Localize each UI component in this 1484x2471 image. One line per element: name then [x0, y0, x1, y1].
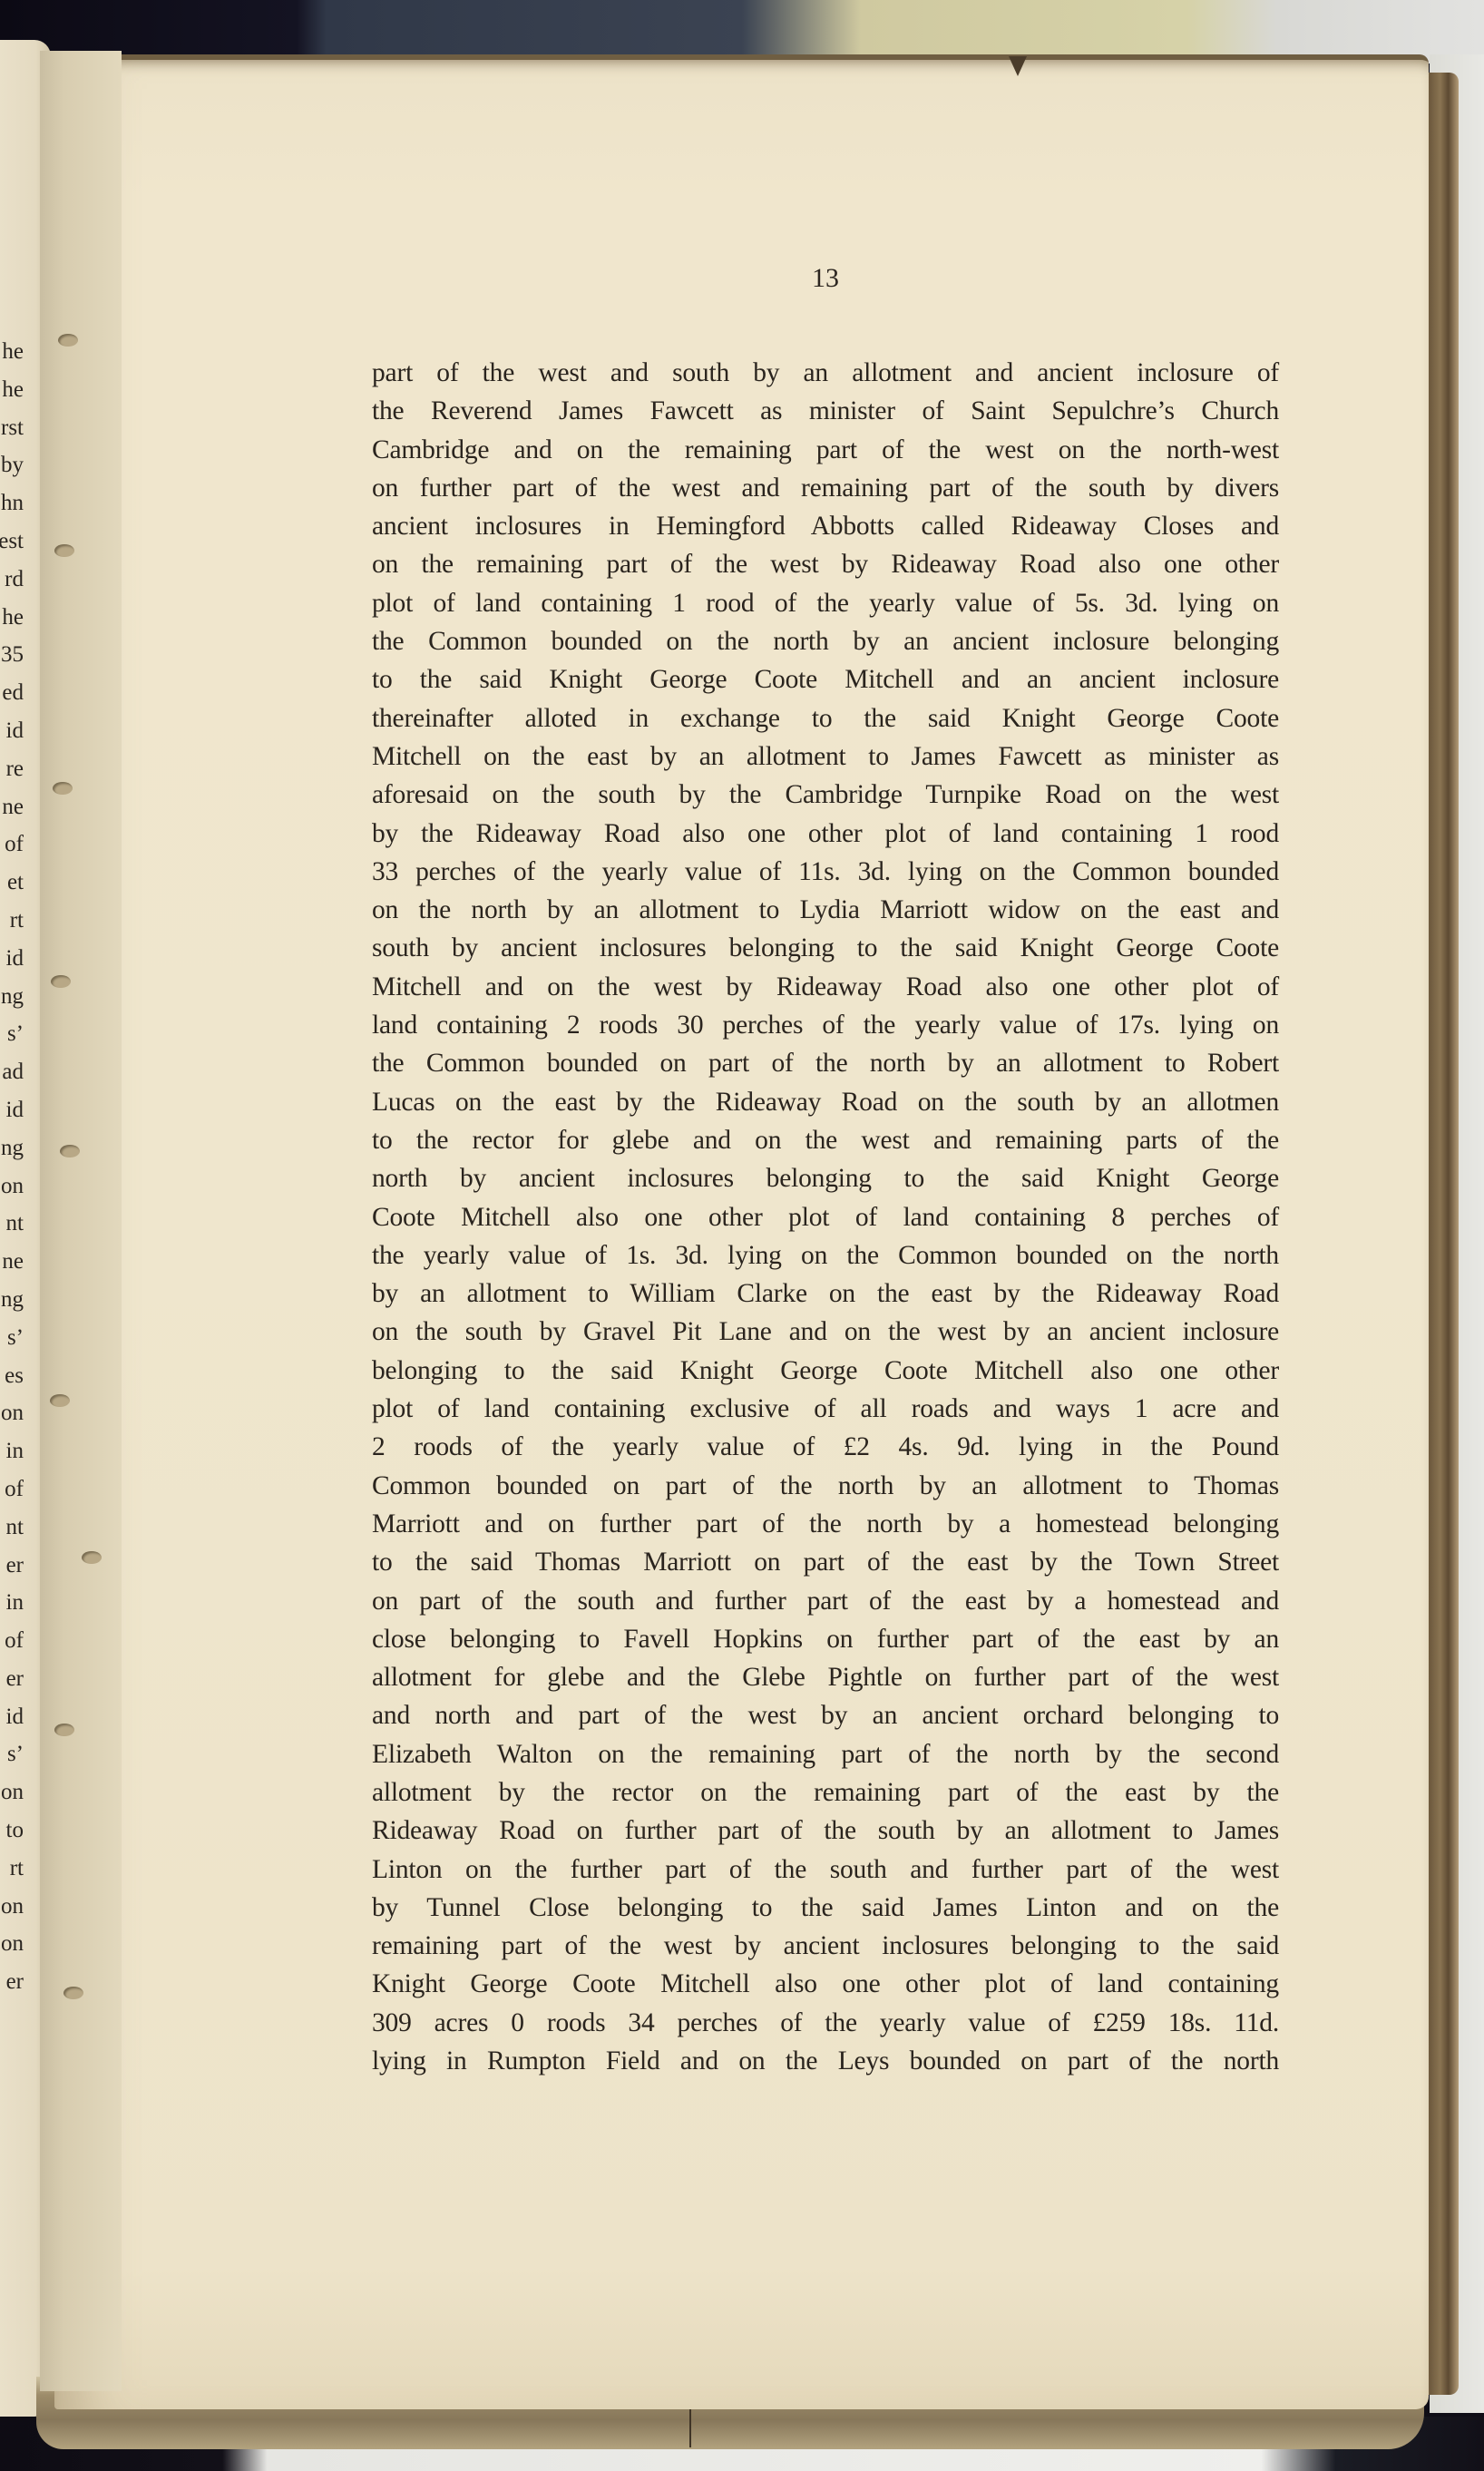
fragment: ’s	[0, 1319, 24, 1357]
text-line: plot of land containing 1 rood of the ye…	[372, 584, 1279, 622]
fragment: ng	[0, 978, 24, 1016]
text-line: Marriott and on further part of the nort…	[372, 1505, 1279, 1543]
fragment: by	[0, 446, 24, 484]
fragment: in	[0, 1432, 24, 1470]
fragment: ne	[0, 1243, 24, 1281]
text-line: Common bounded on part of the north by a…	[372, 1467, 1279, 1505]
fragment: er	[0, 1547, 24, 1585]
page-body-text: part of the west and south by an allotme…	[372, 354, 1279, 2080]
fragment: ’s	[0, 1735, 24, 1773]
text-line: to the said Knight George Coote Mitchell…	[372, 660, 1279, 698]
fragment: 35	[0, 636, 24, 674]
fragment: on	[0, 1925, 24, 1963]
text-line: part of the west and south by an allotme…	[372, 354, 1279, 392]
text-line: the Reverend James Fawcett as minister o…	[372, 392, 1279, 430]
fragment: hn	[0, 484, 24, 523]
text-line: lying in Rumpton Field and on the Leys b…	[372, 2042, 1279, 2080]
fragment: ng	[0, 1129, 24, 1167]
fragment: id	[0, 1698, 24, 1736]
fragment: to	[0, 1812, 24, 1850]
text-line: Cambridge and on the remaining part of t…	[372, 431, 1279, 469]
fragment: on	[0, 1394, 24, 1432]
fragment: er	[0, 1963, 24, 2001]
fragment: he	[0, 371, 24, 409]
text-line: allotment by the rector on the remaining…	[372, 1773, 1279, 1812]
fragment: of	[0, 1622, 24, 1660]
text-line: on the remaining part of the west by Rid…	[372, 545, 1279, 583]
fragment: ’s	[0, 1015, 24, 1053]
text-line: Elizabeth Walton on the remaining part o…	[372, 1735, 1279, 1773]
text-line: plot of land containing exclusive of all…	[372, 1390, 1279, 1428]
text-line: and north and part of the west by an anc…	[372, 1696, 1279, 1734]
text-line: thereinafter alloted in exchange to the …	[372, 699, 1279, 737]
page-gutter-shadow	[40, 51, 122, 2391]
text-line: belonging to the said Knight George Coot…	[372, 1352, 1279, 1390]
text-line: by an allotment to William Clarke on the…	[372, 1275, 1279, 1313]
binding-pin-mark	[60, 1145, 80, 1157]
fragment: id	[0, 940, 24, 978]
binding-pin-mark	[54, 1724, 74, 1736]
fragment: ne	[0, 788, 24, 826]
text-line: Coote Mitchell also one other plot of la…	[372, 1198, 1279, 1236]
text-line: to the said Thomas Marriott on part of t…	[372, 1543, 1279, 1581]
text-line: 2 roods of the yearly value of £2 4s. 9d…	[372, 1428, 1279, 1466]
text-line: Mitchell and on the west by Rideaway Roa…	[372, 968, 1279, 1006]
text-line: aforesaid on the south by the Cambridge …	[372, 776, 1279, 814]
binding-pin-mark	[82, 1551, 102, 1564]
fragment: rst	[0, 409, 24, 447]
binding-pin-mark	[58, 334, 78, 347]
fragment: on	[0, 1888, 24, 1926]
page-number: 13	[798, 263, 853, 294]
fragment: est	[0, 523, 24, 561]
fragment: nt	[0, 1509, 24, 1547]
text-line: the yearly value of 1s. 3d. lying on the…	[372, 1236, 1279, 1275]
text-line: 33 perches of the yearly value of 11s. 3…	[372, 853, 1279, 891]
text-line: Mitchell on the east by an allotment to …	[372, 737, 1279, 776]
fragment: in	[0, 1584, 24, 1622]
fragment: rt	[0, 1850, 24, 1888]
text-line: on further part of the west and remainin…	[372, 469, 1279, 507]
fragment: of	[0, 1470, 24, 1509]
fragment: ad	[0, 1053, 24, 1091]
fragment: et	[0, 864, 24, 902]
binding-pin-mark	[54, 544, 74, 557]
text-line: south by ancient inclosures belonging to…	[372, 929, 1279, 967]
text-line: 309 acres 0 roods 34 perches of the year…	[372, 2004, 1279, 2042]
fragment: ng	[0, 1281, 24, 1319]
fragment: ed	[0, 674, 24, 712]
text-line: north by ancient inclosures belonging to…	[372, 1159, 1279, 1197]
fragment: id	[0, 1091, 24, 1129]
text-line: allotment for glebe and the Glebe Pightl…	[372, 1658, 1279, 1696]
text-line: Rideaway Road on further part of the sou…	[372, 1812, 1279, 1850]
fragment: of	[0, 825, 24, 864]
text-line: land containing 2 roods 30 perches of th…	[372, 1006, 1279, 1044]
binding-pin-mark	[50, 1394, 70, 1407]
binding-pin-mark	[53, 782, 73, 795]
text-line: on part of the south and further part of…	[372, 1582, 1279, 1620]
fragment: id	[0, 712, 24, 750]
text-line: by the Rideaway Road also one other plot…	[372, 815, 1279, 853]
text-line: by Tunnel Close belonging to the said Ja…	[372, 1889, 1279, 1927]
binding-pin-mark	[51, 975, 71, 988]
fragment: he	[0, 333, 24, 371]
left-page-text-fragments: he he rst by hn est rd he 35 ed id re ne…	[0, 333, 24, 2001]
text-line: on the south by Gravel Pit Lane and on t…	[372, 1313, 1279, 1351]
fragment: er	[0, 1660, 24, 1698]
fragment: on	[0, 1167, 24, 1206]
fragment: re	[0, 750, 24, 788]
text-line: ancient inclosures in Hemingford Abbotts…	[372, 507, 1279, 545]
text-line: to the rector for glebe and on the west …	[372, 1121, 1279, 1159]
binding-pin-mark	[63, 1987, 83, 1999]
text-line: remaining part of the west by ancient in…	[372, 1927, 1279, 1965]
text-line: close belonging to Favell Hopkins on fur…	[372, 1620, 1279, 1658]
fragment: es	[0, 1357, 24, 1395]
text-line: on the north by an allotment to Lydia Ma…	[372, 891, 1279, 929]
fragment: he	[0, 599, 24, 637]
fragment: nt	[0, 1205, 24, 1243]
text-line: Knight George Coote Mitchell also one ot…	[372, 1965, 1279, 2003]
text-line: the Common bounded on part of the north …	[372, 1044, 1279, 1082]
text-line: Linton on the further part of the south …	[372, 1851, 1279, 1889]
text-line: Lucas on the east by the Rideaway Road o…	[372, 1083, 1279, 1121]
fragment: on	[0, 1773, 24, 1812]
page-notch	[1009, 56, 1027, 76]
fragment: rd	[0, 561, 24, 599]
fragment: rt	[0, 902, 24, 940]
text-line: the Common bounded on the north by an an…	[372, 622, 1279, 660]
